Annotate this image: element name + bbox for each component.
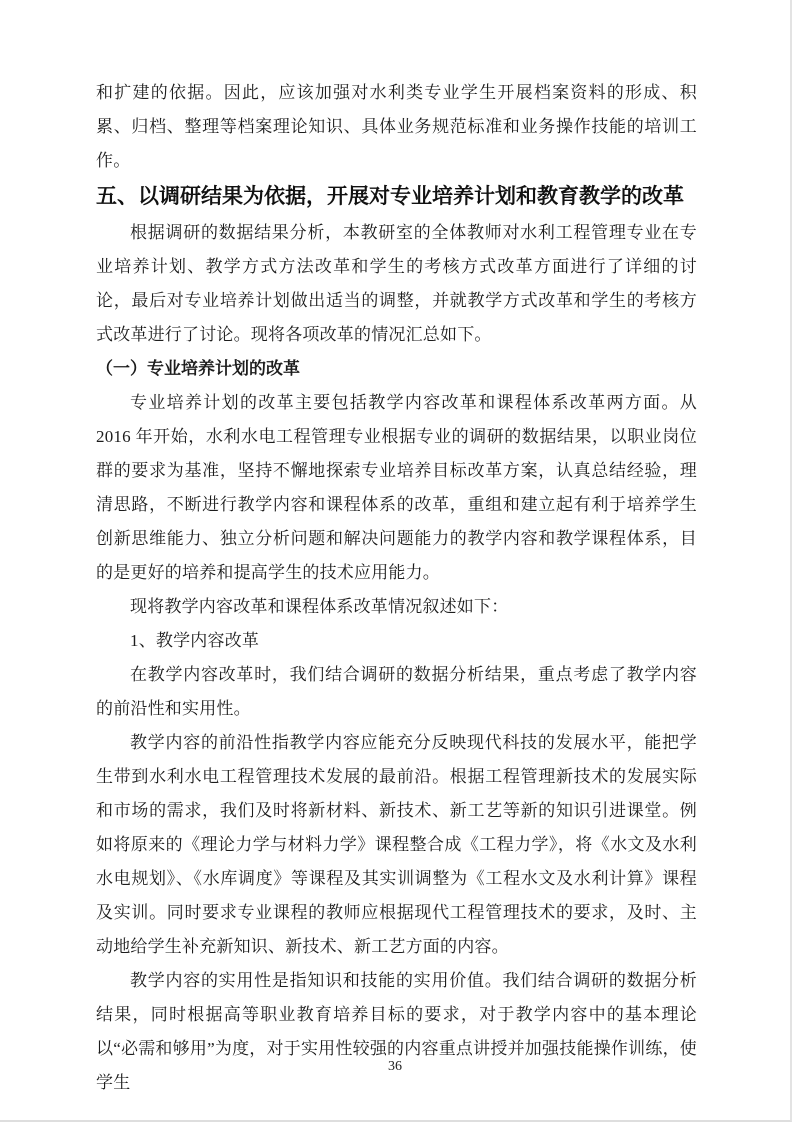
paragraph: 根据调研的数据结果分析，本教研室的全体教师对水利工程管理专业在专业培养计划、教学… [96,216,697,352]
paragraph: 教学内容的实用性是指知识和技能的实用价值。我们结合调研的数据分析结果，同时根据高… [96,964,697,1100]
paragraph: 教学内容的前沿性指教学内容应能充分反映现代科技的发展水平，能把学生带到水利水电工… [96,726,697,964]
numbered-item-heading: 1、教学内容改革 [96,624,697,658]
paragraph: 在教学内容改革时，我们结合调研的数据分析结果，重点考虑了教学内容的前沿性和实用性… [96,658,697,726]
paragraph-continuation: 和扩建的依据。因此，应该加强对水利类专业学生开展档案资料的形成、积累、归档、整理… [96,76,697,178]
subsection-heading: （一）专业培养计划的改革 [96,352,697,386]
page-content: 和扩建的依据。因此，应该加强对水利类专业学生开展档案资料的形成、积累、归档、整理… [96,76,697,1100]
section-heading: 五、以调研结果为依据，开展对专业培养计划和教育教学的改革 [96,178,697,216]
document-page: 和扩建的依据。因此，应该加强对水利类专业学生开展档案资料的形成、积累、归档、整理… [0,0,792,1122]
page-number: 36 [0,1059,790,1075]
paragraph: 专业培养计划的改革主要包括教学内容改革和课程体系改革两方面。从 2016 年开始… [96,386,697,590]
paragraph: 现将教学内容改革和课程体系改革情况叙述如下： [96,590,697,624]
